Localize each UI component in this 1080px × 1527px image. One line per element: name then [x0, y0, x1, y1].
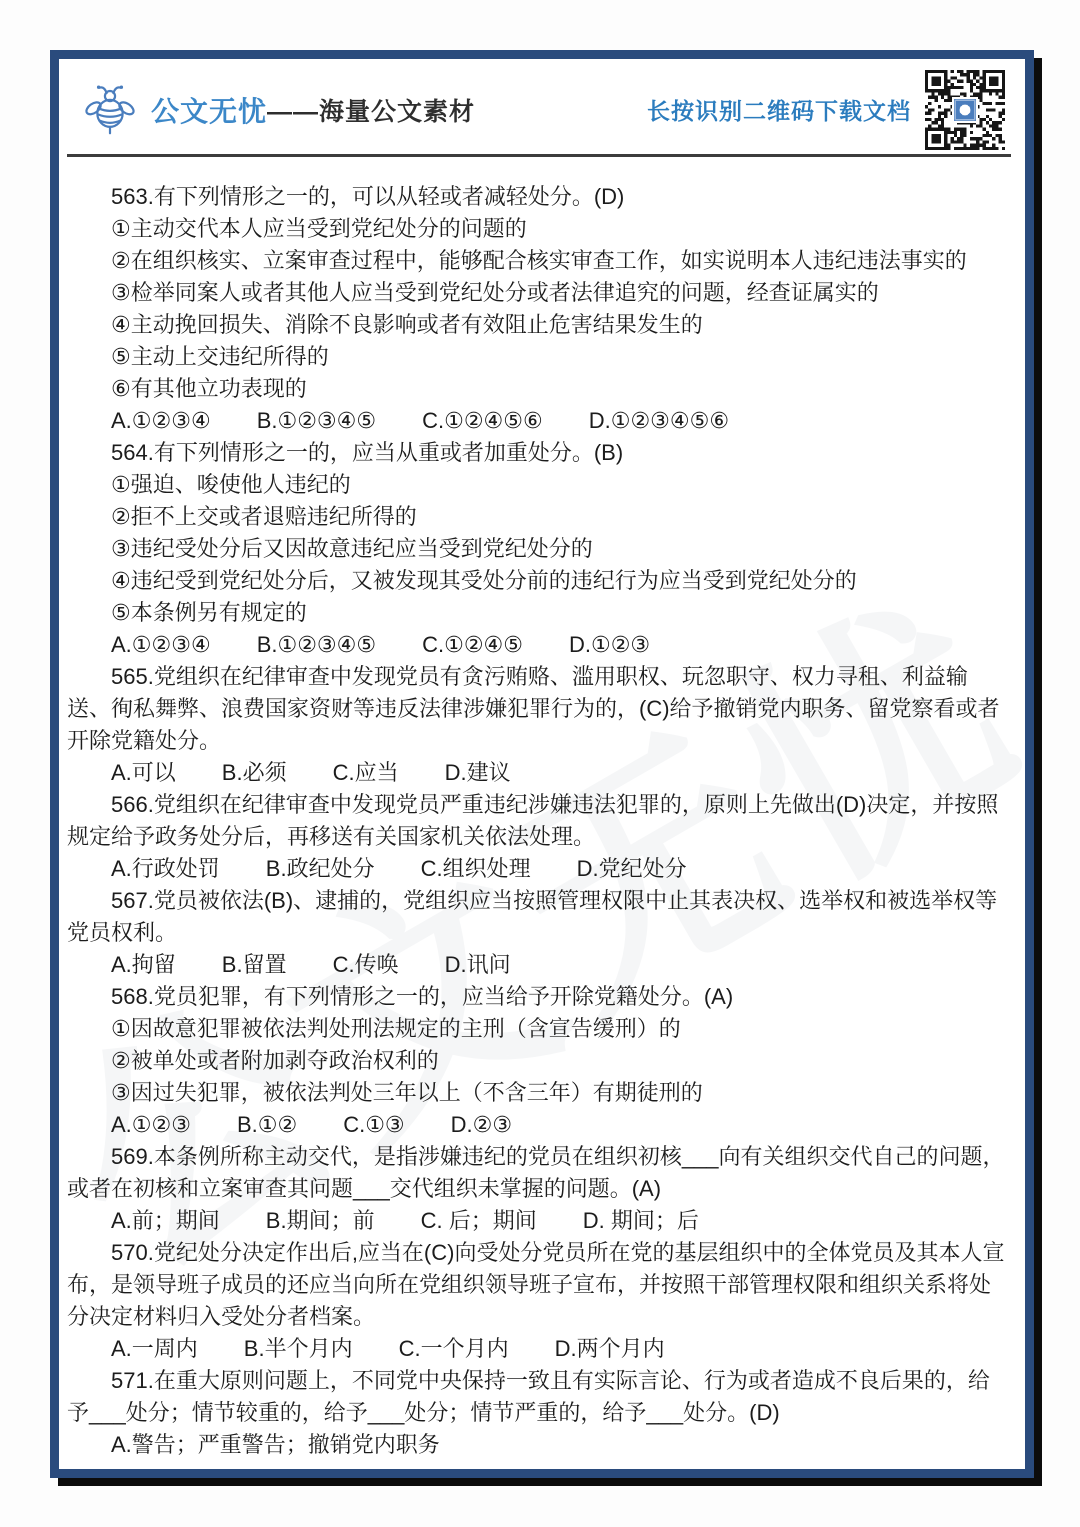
question-item: ③违纪受处分后又因故意违纪应当受到党纪处分的: [67, 533, 1011, 565]
options-row: A.警告；严重警告；撤销党内职务: [67, 1429, 1011, 1461]
option: A.前；期间: [111, 1205, 220, 1237]
question-item: ④主动挽回损失、消除不良影响或者有效阻止危害结果发生的: [67, 309, 1011, 341]
option: A.行政处罚: [111, 853, 220, 885]
question-item: ②在组织核实、立案审查过程中，能够配合核实审查工作，如实说明本人违纪违法事实的: [67, 245, 1011, 277]
option: C.一个月内: [399, 1333, 509, 1365]
question-stem: 563.有下列情形之一的，可以从轻或者减轻处分。(D): [67, 181, 1011, 213]
option: A.拘留: [111, 949, 176, 981]
question-list: 563.有下列情形之一的，可以从轻或者减轻处分。(D) ①主动交代本人应当受到党…: [59, 157, 1025, 1461]
brand-tagline: ——海量公文素材: [267, 92, 475, 128]
question-stem: 570.党纪处分决定作出后,应当在(C)向受处分党员所在党的基层组织中的全体党员…: [67, 1237, 1011, 1333]
option: C.组织处理: [421, 853, 531, 885]
option: D. 期间；后: [583, 1205, 699, 1237]
question-stem: 564.有下列情形之一的，应当从重或者加重处分。(B): [67, 437, 1011, 469]
question-item: ⑥有其他立功表现的: [67, 373, 1011, 405]
option: C. 后；期间: [421, 1205, 537, 1237]
option: A.可以: [111, 757, 176, 789]
option: C.传唤: [333, 949, 399, 981]
options-row: A.前；期间 B.期间；前 C. 后；期间 D. 期间；后: [67, 1205, 1011, 1237]
question-566: 566.党组织在纪律审查中发现党员严重违纪涉嫌违法犯罪的，原则上先做出(D)决定…: [67, 789, 1011, 885]
option: A.警告；严重警告；撤销党内职务: [111, 1429, 440, 1461]
brand-name: 公文无忧: [151, 90, 267, 130]
option: B.政纪处分: [266, 853, 375, 885]
question-563: 563.有下列情形之一的，可以从轻或者减轻处分。(D) ①主动交代本人应当受到党…: [67, 181, 1011, 437]
option: C.①③: [343, 1109, 404, 1141]
question-item: ③因过失犯罪，被依法判处三年以上（不含三年）有期徒刑的: [67, 1077, 1011, 1109]
bee-icon: [83, 83, 137, 137]
question-stem: 566.党组织在纪律审查中发现党员严重违纪涉嫌违法犯罪的，原则上先做出(D)决定…: [67, 789, 1011, 853]
question-stem: 567.党员被依法(B)、逮捕的，党组织应当按照管理权限中止其表决权、选举权和被…: [67, 885, 1011, 949]
option: D.①②③④⑤⑥: [589, 405, 729, 437]
option: D.①②③: [569, 629, 650, 661]
option: B.期间；前: [266, 1205, 375, 1237]
option: B.①②: [237, 1109, 297, 1141]
qr-code: [925, 70, 1005, 150]
question-item: ①主动交代本人应当受到党纪处分的问题的: [67, 213, 1011, 245]
page-frame: 公文无忧 公文无忧 ——海量公文素材 长按识别二维码下载文档: [50, 50, 1034, 1478]
options-row: A.①②③④ B.①②③④⑤ C.①②④⑤⑥ D.①②③④⑤⑥: [67, 405, 1011, 437]
option: A.①②③④: [111, 405, 211, 437]
question-item: ①因故意犯罪被依法判处刑法规定的主刑（含宣告缓刑）的: [67, 1013, 1011, 1045]
question-565: 565.党组织在纪律审查中发现党员有贪污贿赂、滥用职权、玩忽职守、权力寻租、利益…: [67, 661, 1011, 789]
option: A.一周内: [111, 1333, 198, 1365]
options-row: A.可以 B.必须 C.应当 D.建议: [67, 757, 1011, 789]
options-row: A.一周内 B.半个月内 C.一个月内 D.两个月内: [67, 1333, 1011, 1365]
option: C.①②④⑤: [422, 629, 523, 661]
qr-hint-text: 长按识别二维码下载文档: [647, 93, 911, 126]
question-item: ②拒不上交或者退赔违纪所得的: [67, 501, 1011, 533]
question-570: 570.党纪处分决定作出后,应当在(C)向受处分党员所在党的基层组织中的全体党员…: [67, 1237, 1011, 1365]
option: B.①②③④⑤: [257, 405, 376, 437]
question-stem: 565.党组织在纪律审查中发现党员有贪污贿赂、滥用职权、玩忽职守、权力寻租、利益…: [67, 661, 1011, 757]
option: C.应当: [333, 757, 399, 789]
option: D.党纪处分: [577, 853, 687, 885]
question-item: ④违纪受到党纪处分后，又被发现其受处分前的违纪行为应当受到党纪处分的: [67, 565, 1011, 597]
question-item: ⑤本条例另有规定的: [67, 597, 1011, 629]
question-stem: 569.本条例所称主动交代，是指涉嫌违纪的党员在组织初核___向有关组织交代自己…: [67, 1141, 1011, 1205]
option: C.①②④⑤⑥: [422, 405, 543, 437]
question-568: 568.党员犯罪，有下列情形之一的，应当给予开除党籍处分。(A) ①因故意犯罪被…: [67, 981, 1011, 1141]
header: 公文无忧 ——海量公文素材 长按识别二维码下载文档: [67, 59, 1011, 157]
option: B.半个月内: [244, 1333, 353, 1365]
option: D.两个月内: [555, 1333, 665, 1365]
question-item: ③检举同案人或者其他人应当受到党纪处分或者法律追究的问题，经查证属实的: [67, 277, 1011, 309]
question-item: ⑤主动上交违纪所得的: [67, 341, 1011, 373]
option: B.①②③④⑤: [257, 629, 376, 661]
question-item: ①强迫、唆使他人违纪的: [67, 469, 1011, 501]
question-571: 571.在重大原则问题上，不同党中央保持一致且有实际言论、行为或者造成不良后果的…: [67, 1365, 1011, 1461]
option: B.留置: [222, 949, 287, 981]
option: D.讯问: [445, 949, 511, 981]
options-row: A.拘留 B.留置 C.传唤 D.讯问: [67, 949, 1011, 981]
option: B.必须: [222, 757, 287, 789]
options-row: A.①②③ B.①② C.①③ D.②③: [67, 1109, 1011, 1141]
options-row: A.①②③④ B.①②③④⑤ C.①②④⑤ D.①②③: [67, 629, 1011, 661]
option: D.建议: [445, 757, 511, 789]
question-567: 567.党员被依法(B)、逮捕的，党组织应当按照管理权限中止其表决权、选举权和被…: [67, 885, 1011, 981]
option: A.①②③④: [111, 629, 211, 661]
options-row: A.行政处罚 B.政纪处分 C.组织处理 D.党纪处分: [67, 853, 1011, 885]
question-item: ②被单处或者附加剥夺政治权利的: [67, 1045, 1011, 1077]
question-stem: 571.在重大原则问题上，不同党中央保持一致且有实际言论、行为或者造成不良后果的…: [67, 1365, 1011, 1429]
question-564: 564.有下列情形之一的，应当从重或者加重处分。(B) ①强迫、唆使他人违纪的 …: [67, 437, 1011, 661]
brand-logo: 公文无忧 ——海量公文素材: [83, 83, 475, 137]
question-569: 569.本条例所称主动交代，是指涉嫌违纪的党员在组织初核___向有关组织交代自己…: [67, 1141, 1011, 1237]
option: A.①②③: [111, 1109, 191, 1141]
question-stem: 568.党员犯罪，有下列情形之一的，应当给予开除党籍处分。(A): [67, 981, 1011, 1013]
option: D.②③: [451, 1109, 512, 1141]
